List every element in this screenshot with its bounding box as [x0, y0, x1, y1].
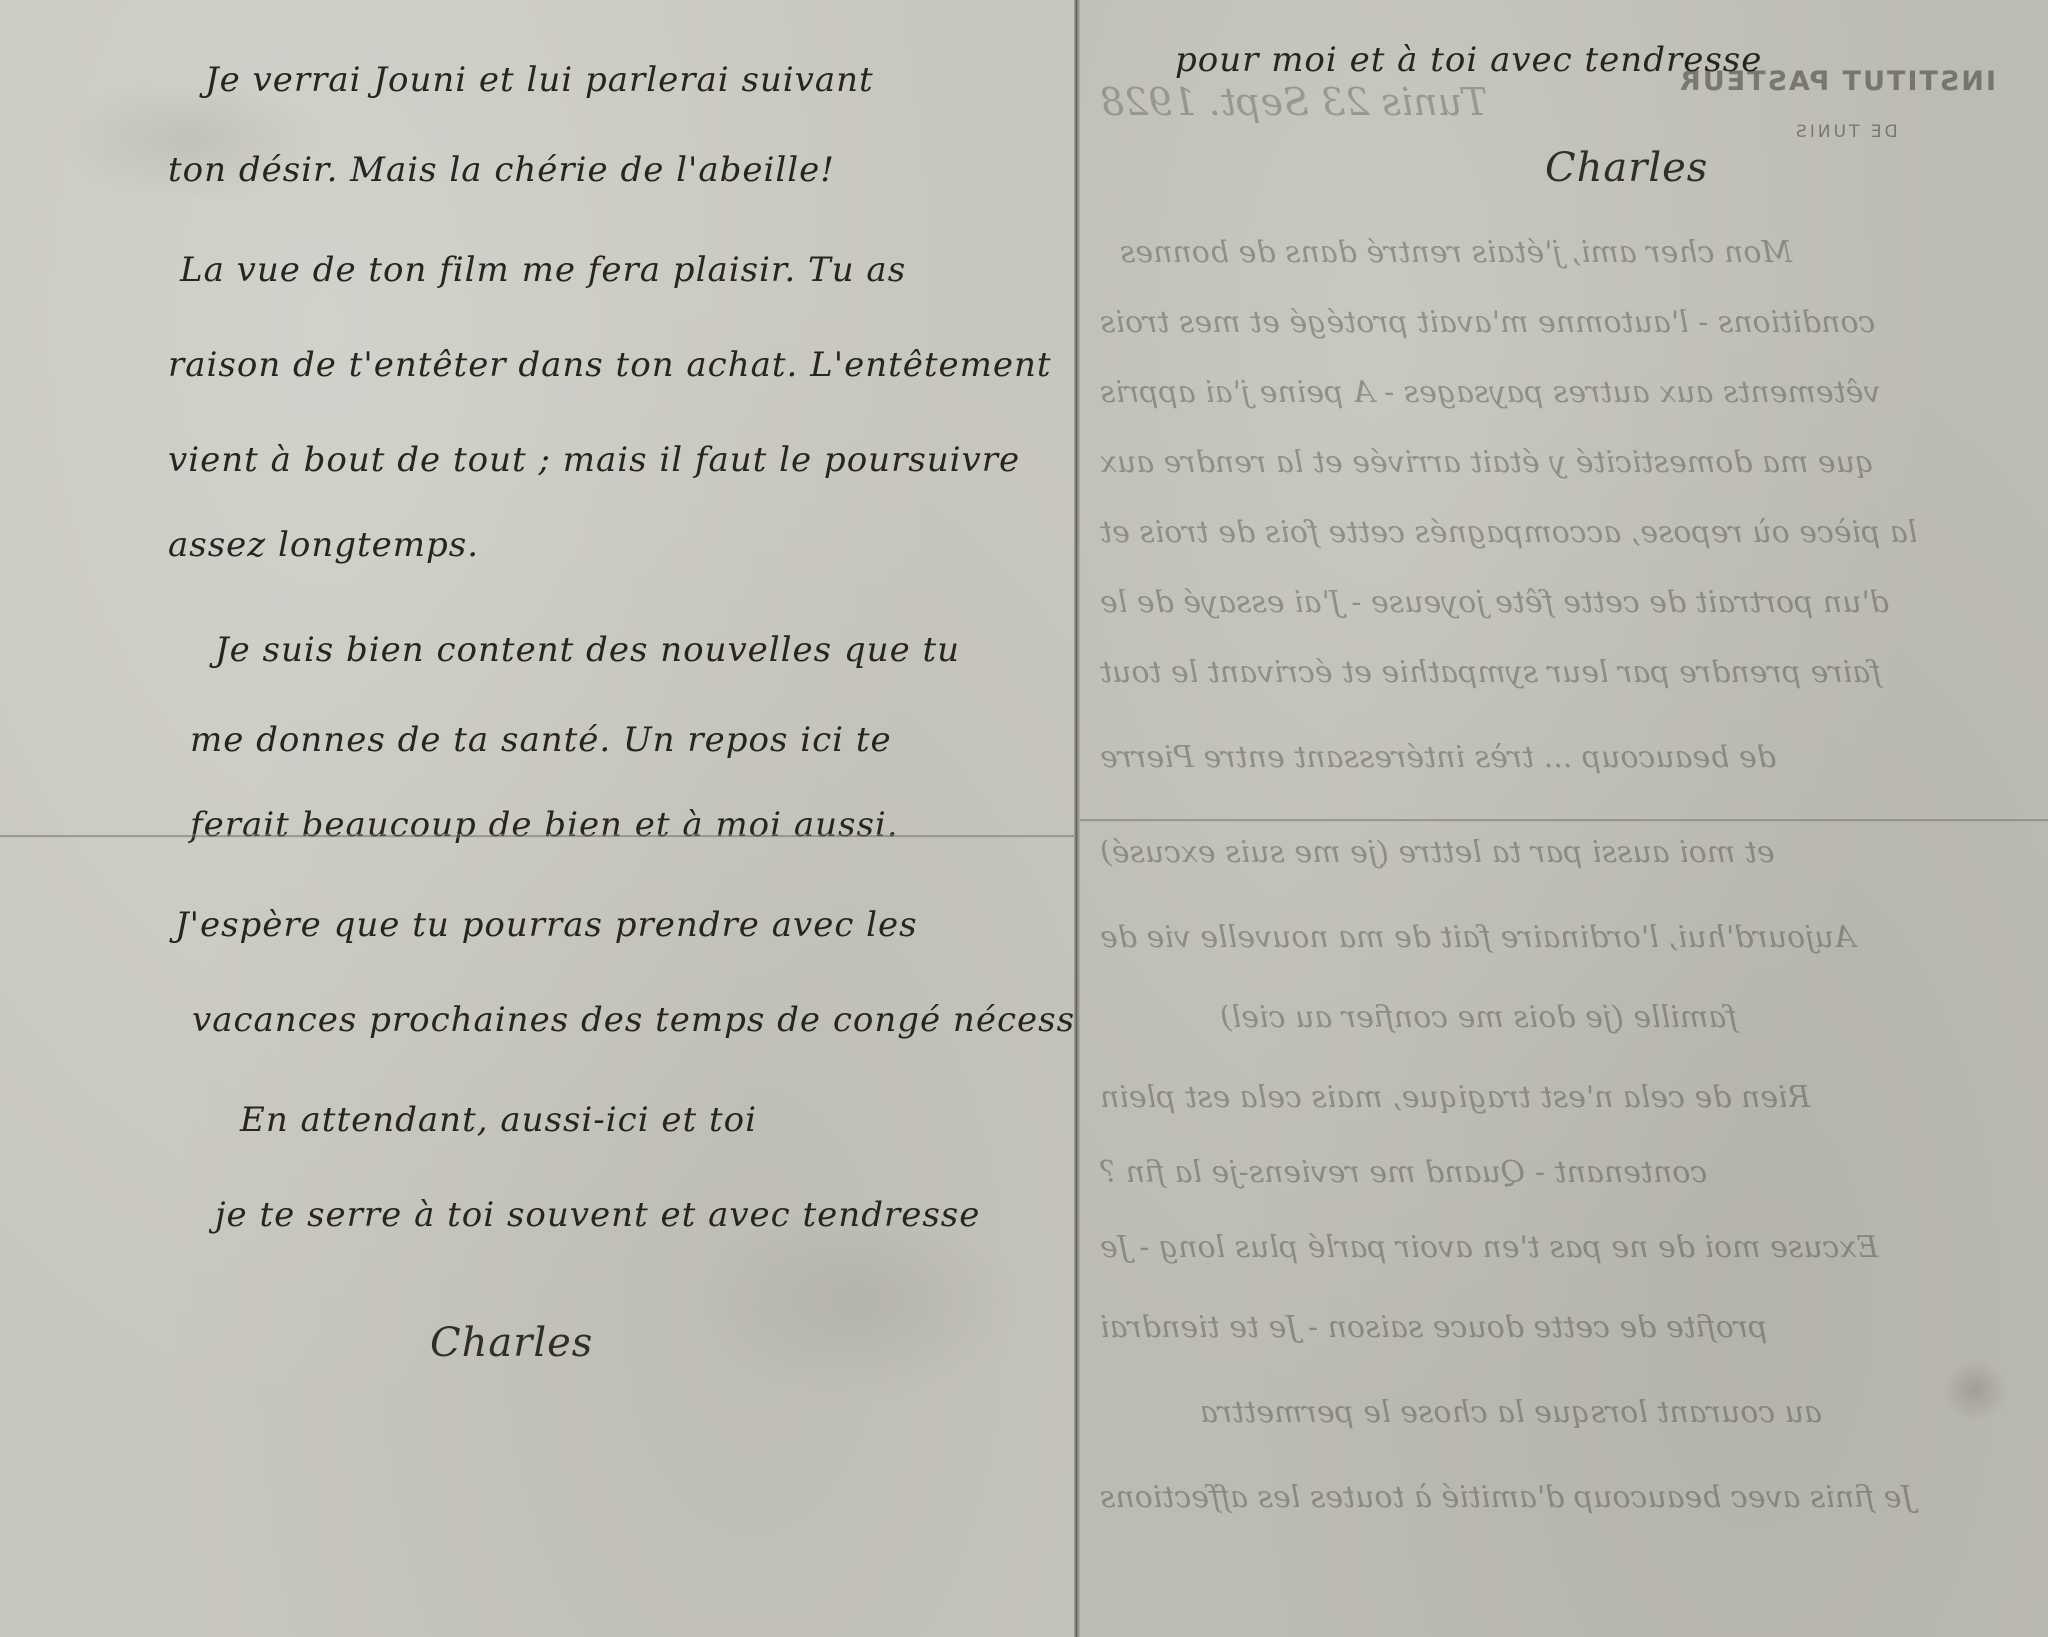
letter-line: ferait beaucoup de bien et à moi aussi.: [190, 805, 899, 845]
letter-line: assez longtemps.: [168, 525, 479, 565]
show-through-line: la pièce où repose, accompagnés cette fo…: [1100, 515, 1917, 550]
letter-line: raison de t'entêter dans ton achat. L'en…: [168, 345, 1052, 385]
letter-line: Je suis bien content des nouvelles que t…: [215, 630, 960, 670]
show-through-line: vêtements aux autres paysages - A peine …: [1100, 375, 1880, 410]
letter-line: La vue de ton film me fera plaisir. Tu a…: [180, 250, 906, 290]
show-through-line: Je finis avec beaucoup d'amitié à toutes…: [1100, 1480, 1914, 1515]
horizontal-fold-crease: [0, 834, 1074, 838]
show-through-line: Mon cher ami, j'étais rentré dans de bon…: [1120, 235, 1792, 270]
show-through-line: contenant - Quand me reviens-je la fin ?: [1100, 1155, 1707, 1190]
letter-line: Je verrai Jouni et lui parlerai suivant: [205, 60, 874, 100]
show-through-line: conditions - l'automne m'avait protégé e…: [1100, 305, 1875, 340]
show-through-line: et moi aussi par ta lettre (je me suis e…: [1100, 835, 1775, 870]
letter-line: En attendant, aussi-ici et toi: [240, 1100, 757, 1140]
show-through-line: faire prendre par leur sympathie et écri…: [1100, 655, 1881, 690]
show-through-line: Excuse moi de ne pas t'en avoir parlé pl…: [1100, 1230, 1878, 1265]
signature: Charles: [430, 1320, 593, 1366]
letter-line: J'espère que tu pourras prendre avec les: [175, 905, 918, 945]
show-through-line: que ma domesticité y était arrivée et la…: [1100, 445, 1874, 480]
show-through-line: au courant lorsque la chose le permettra: [1200, 1395, 1822, 1430]
letter-line: me donnes de ta santé. Un repos ici te: [190, 720, 892, 760]
horizontal-fold-crease: [1080, 818, 2048, 822]
show-through-line: d'un portrait de cette fête joyeuse - J'…: [1100, 585, 1889, 620]
show-through-line: profite de cette douce saison - Je te ti…: [1100, 1310, 1767, 1345]
show-through-line: de beaucoup ... très intéressant entre P…: [1100, 740, 1776, 775]
letterhead-subtitle-mirrored: DE TUNIS: [1793, 122, 1898, 142]
letter-line: ton désir. Mais la chérie de l'abeille!: [168, 150, 835, 190]
show-through-line: Aujourd'hui, l'ordinaire fait de ma nouv…: [1100, 920, 1855, 955]
left-page: Je verrai Jouni et lui parlerai suivant …: [0, 0, 1076, 1637]
show-through-line: famille (je dois me confier au ciel): [1220, 1000, 1737, 1035]
letter-line: je te serre à toi souvent et avec tendre…: [215, 1195, 980, 1235]
date-show-through: Tunis 23 Sept. 1928: [1100, 80, 1487, 124]
closing-line: pour moi et à toi avec tendresse: [1175, 40, 1762, 80]
letter-line: vacances prochaines des temps de congé n…: [192, 1000, 1076, 1040]
letter-line: vient à bout de tout ; mais il faut le p…: [168, 440, 1020, 480]
ink-blot: [1940, 1360, 2010, 1420]
show-through-line: Rien de cela n'est tragique, mais cela e…: [1100, 1080, 1810, 1115]
signature: Charles: [1545, 145, 1708, 191]
